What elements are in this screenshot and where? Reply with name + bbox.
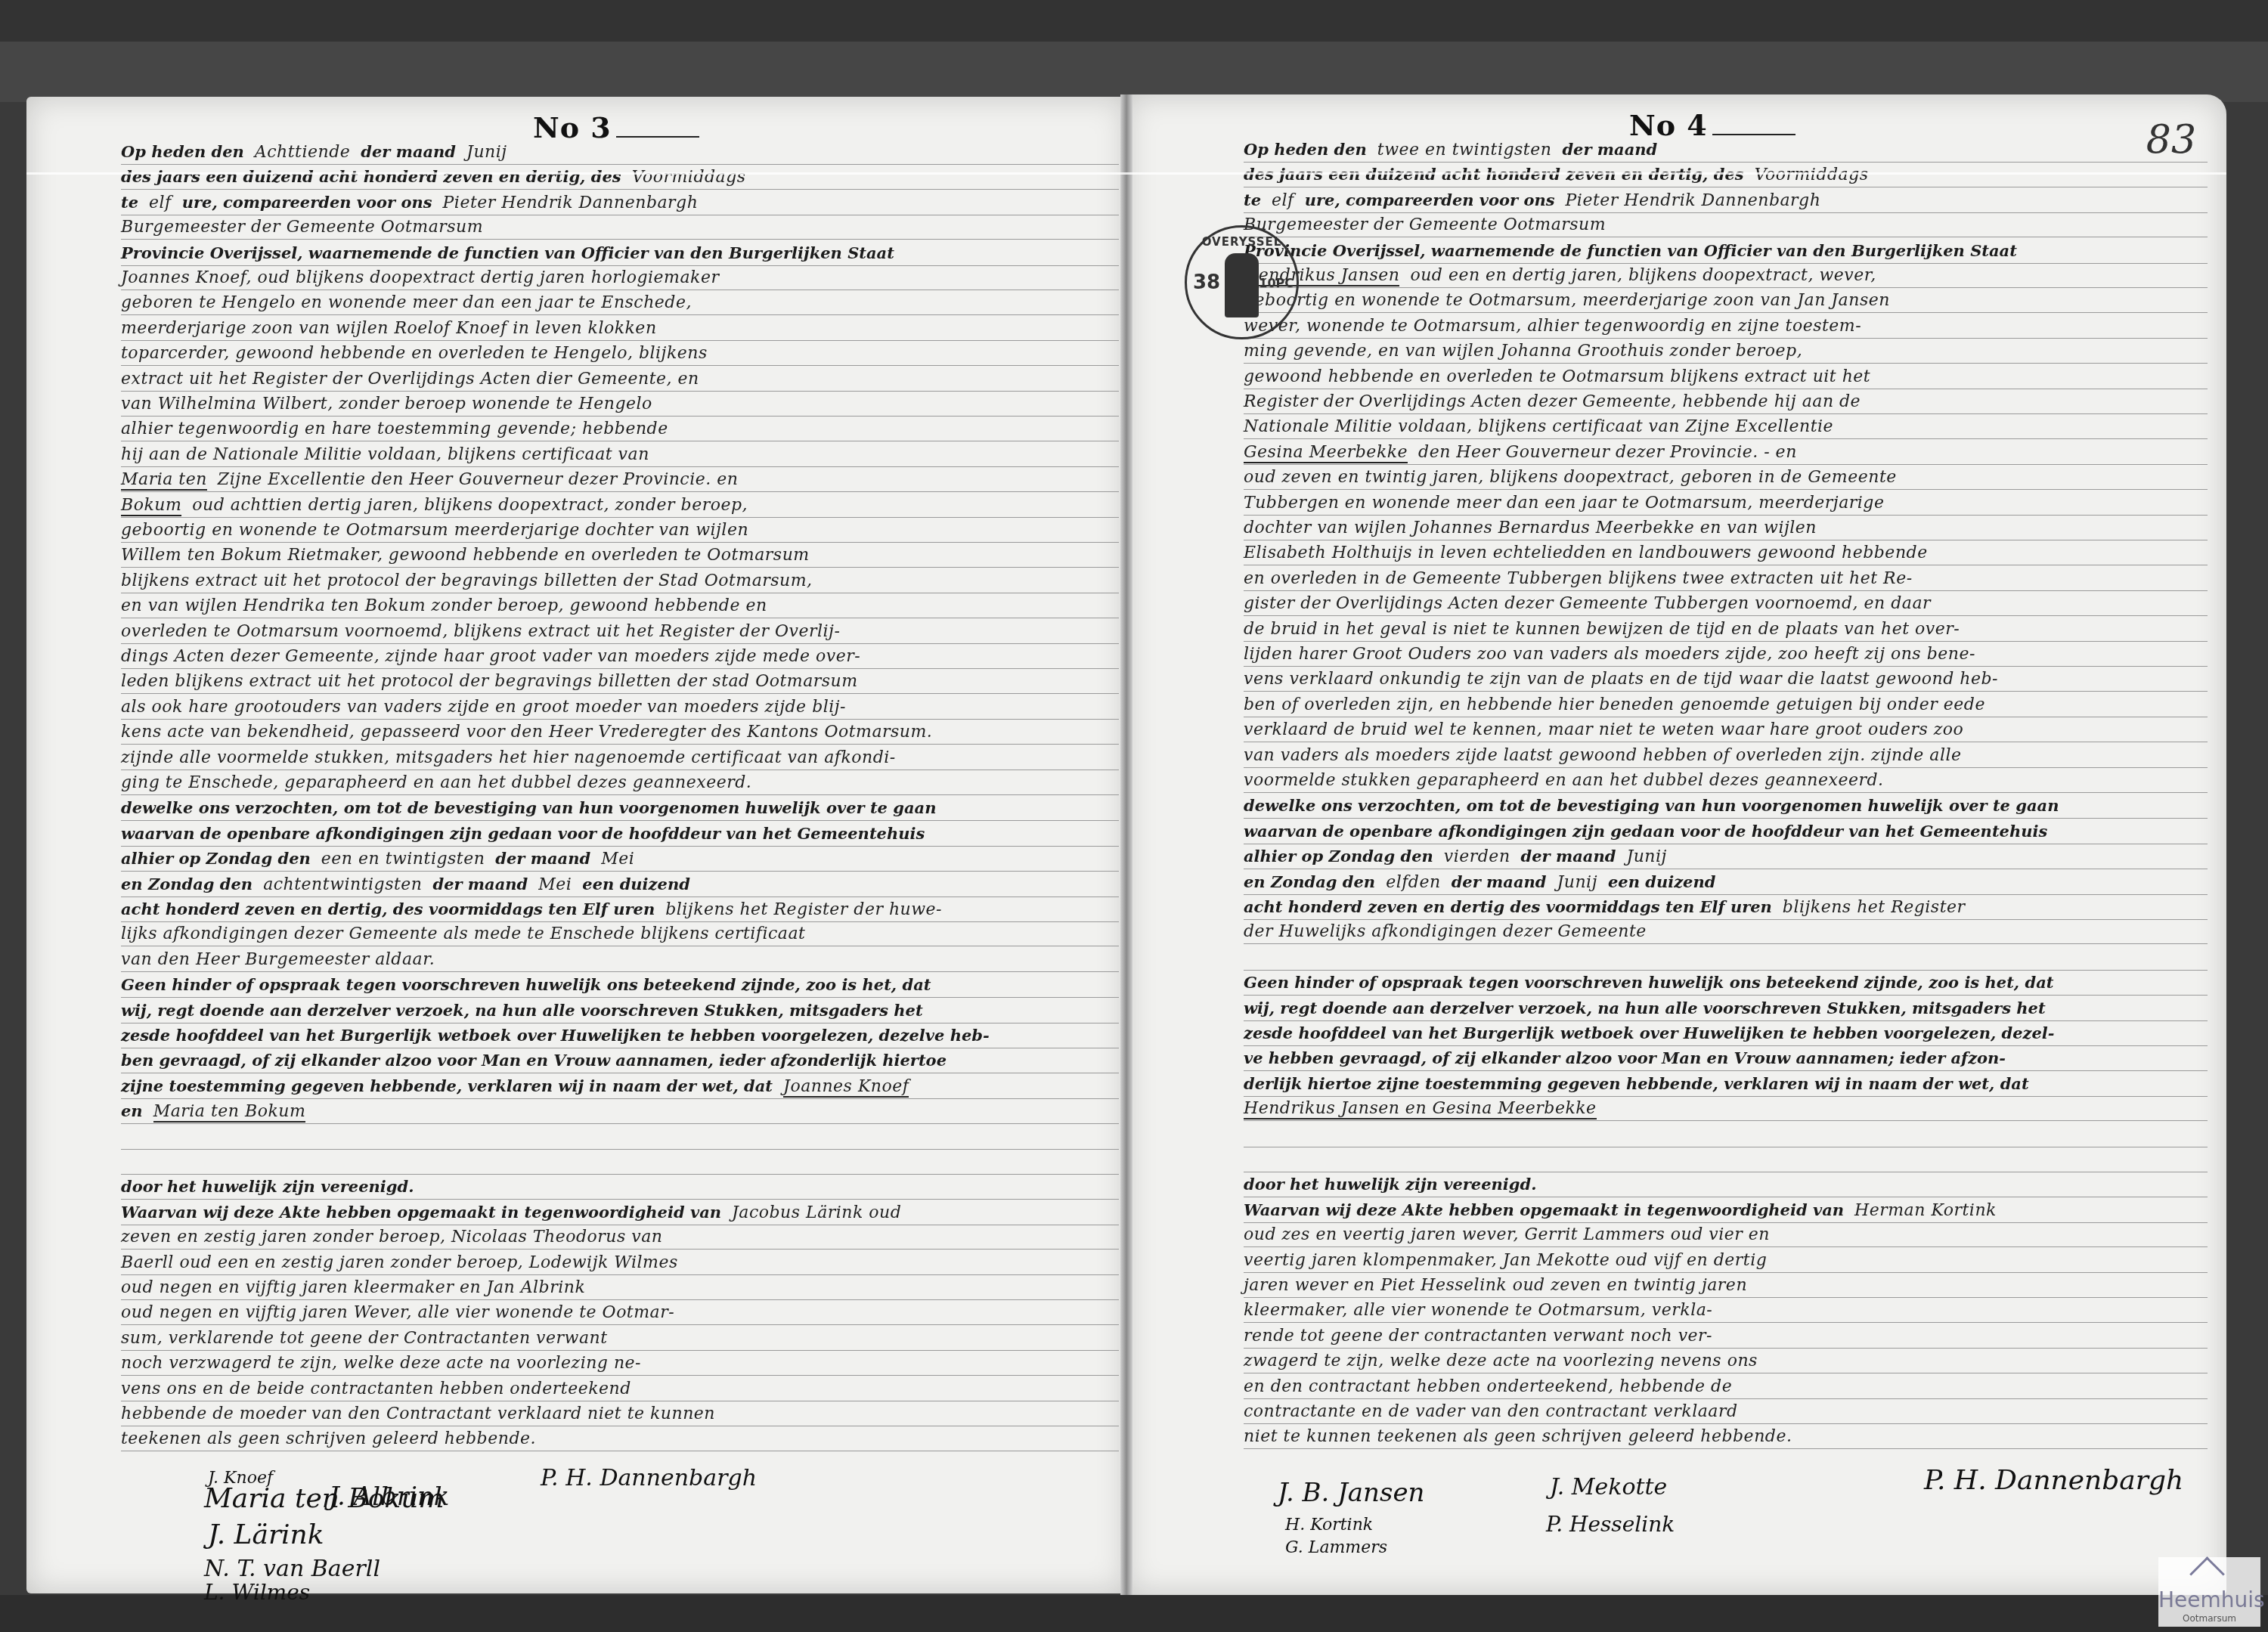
record-line: zesde hoofddeel van het Burgerlijk wetbo… (1244, 1022, 2208, 1046)
record-line (121, 1150, 1119, 1175)
handwritten-text: elf (1272, 191, 1294, 210)
record-line: en overleden in de Gemeente Tubbergen bl… (1244, 568, 2208, 591)
handwritten-text: Jacobus Lärink oud (732, 1203, 901, 1222)
record-line: Maria tenZijne Excellentie den Heer Gouv… (121, 469, 1119, 492)
printed-form-text: Op heden den (1244, 140, 1367, 159)
left-page: No 3Op heden denAchttiendeder maandJunij… (26, 97, 1126, 1593)
handwritten-text: veertig jaren klompenmaker, Jan Mekotte … (1244, 1251, 1767, 1270)
record-line: oud negen en vijftig jaren kleermaker en… (121, 1277, 1119, 1300)
printed-form-text: te (1244, 190, 1261, 209)
handwritten-text: noch verzwagerd te zijn, welke deze acte… (121, 1354, 641, 1373)
record-line: geboortig en wonende te Ootmarsum meerde… (121, 519, 1119, 543)
handwritten-text: oud negen en vijftig jaren Wever, alle v… (121, 1303, 674, 1322)
signature: J. Albrink (329, 1482, 449, 1512)
printed-form-text: alhier op Zondag den (1244, 847, 1433, 866)
handwritten-text: oud zeven en twintig jaren, blijkens doo… (1244, 468, 1897, 487)
handwritten-text: gewoond hebbende en overleden te Ootmars… (1244, 367, 1870, 386)
folio-number: 83 (2146, 117, 2196, 163)
handwritten-text: voormelde stukken geparapheerd en aan he… (1244, 771, 1884, 790)
signature: N. T. van Baerll (204, 1556, 380, 1582)
printed-form-text: Op heden den (121, 142, 244, 161)
scan-background-bottom (0, 1595, 2268, 1632)
handwritten-text: ming gevende, en van wijlen Johanna Groo… (1244, 342, 1802, 361)
record-line: ging te Enschede, geparapheerd en aan he… (121, 772, 1119, 795)
record-line: rende tot geene der contractanten verwan… (1244, 1325, 2208, 1349)
record-line: teelfure, compareerden voor onsPieter He… (1244, 189, 2208, 213)
printed-form-text: wij, regt doende aan derzelver verzoek, … (1244, 999, 2046, 1017)
record-line: zeven en zestig jaren zonder beroep, Nic… (121, 1226, 1119, 1250)
handwritten-text: Mei (601, 850, 634, 869)
crown-icon (1225, 253, 1259, 317)
handwritten-text: alhier tegenwoordig en hare toestemming … (121, 420, 668, 438)
handwritten-text: hij aan de Nationale Militie voldaan, bl… (121, 445, 649, 464)
party-name: Maria ten Bokum (153, 1102, 306, 1123)
record-line: dochter van wijlen Johannes Bernardus Me… (1244, 517, 2208, 540)
record-line: contractante en de vader van den contrac… (1244, 1401, 2208, 1424)
record-line: wij, regt doende aan derzelver verzoek, … (121, 999, 1119, 1023)
signature: J. B. Jansen (1278, 1478, 1424, 1508)
printed-form-text: wij, regt doende aan derzelver verzoek, … (121, 1001, 923, 1020)
handwritten-text: Elisabeth Holthuijs in leven echteliedde… (1244, 543, 1928, 562)
signature: P. H. Dannenbargh (1924, 1465, 2183, 1496)
handwritten-text: den Heer Gouverneur dezer Provincie. - e… (1418, 443, 1797, 462)
record-line: blijkens extract uit het protocol der be… (121, 570, 1119, 593)
handwritten-text: sum, verklarende tot geene der Contracta… (121, 1329, 608, 1348)
printed-form-text: Waarvan wij deze Akte hebben opgemaakt i… (1244, 1200, 1844, 1219)
handwritten-text: een en twintigsten (321, 850, 485, 869)
handwritten-text: kens acte van bekendheid, gepasseerd voo… (121, 723, 932, 742)
record-line: Op heden dentwee en twintigstender maand (1244, 138, 2208, 163)
handwritten-text: kleermaker, alle vier wonende te Ootmars… (1244, 1301, 1712, 1320)
handwritten-text: geboortig en wonende te Ootmarsum meerde… (121, 521, 748, 540)
handwritten-text: elfden (1386, 873, 1440, 892)
signature: G. Lammers (1285, 1538, 1387, 1557)
printed-form-text: waarvan de openbare afkondigingen zijn g… (1244, 822, 2047, 841)
handwritten-text: Willem ten Bokum Rietmaker, gewoond hebb… (121, 546, 810, 565)
record-line: wij, regt doende aan derzelver verzoek, … (1244, 997, 2208, 1021)
handwritten-text: overleden te Ootmarsum voornoemd, blijke… (121, 622, 840, 641)
handwritten-text: zeven en zestig jaren zonder beroep, Nic… (121, 1228, 662, 1246)
handwritten-text: oud negen en vijftig jaren kleermaker en… (121, 1278, 585, 1297)
printed-form-text: zijne toestemming gegeven hebbende, verk… (121, 1076, 773, 1095)
printed-form-text: der maand (495, 849, 590, 868)
party-name: Hendrikus Jansen en Gesina Meerbekke (1244, 1099, 1597, 1119)
handwritten-text: en overleden in de Gemeente Tubbergen bl… (1244, 569, 1913, 588)
handwritten-text: geboortig en wonende te Ootmarsum, meerd… (1244, 291, 1890, 310)
record-line: Gesina Meerbekkeden Heer Gouverneur deze… (1244, 441, 2208, 465)
record-line: zesde hoofddeel van het Burgerlijk wetbo… (121, 1024, 1119, 1048)
record-line: waarvan de openbare afkondigingen zijn g… (121, 822, 1119, 847)
record-line: kleermaker, alle vier wonende te Ootmars… (1244, 1299, 2208, 1323)
handwritten-text: geboren te Hengelo en wonende meer dan e… (121, 293, 692, 312)
handwritten-text: blijkens extract uit het protocol der be… (121, 571, 813, 590)
record-line: veertig jaren klompenmaker, Jan Mekotte … (1244, 1250, 2208, 1273)
record-line: Nationale Militie voldaan, blijkens cert… (1244, 416, 2208, 439)
record-line: niet te kunnen teekenen als geen schrijv… (1244, 1426, 2208, 1449)
record-line: zwagerd te zijn, welke deze acte na voor… (1244, 1350, 2208, 1373)
heemhuis-watermark: Heemhuis Ootmarsum (2158, 1557, 2260, 1627)
handwritten-text: Herman Kortink (1854, 1201, 1997, 1220)
handwritten-text: Burgemeester der Gemeente Ootmarsum (121, 218, 483, 237)
record-line: sum, verklarende tot geene der Contracta… (121, 1327, 1119, 1351)
record-line: oud zeven en twintig jaren, blijkens doo… (1244, 466, 2208, 490)
record-line: Burgemeester der Gemeente Ootmarsum (121, 216, 1119, 240)
stamp-value: 38 (1193, 271, 1220, 294)
signature: J. Mekotte (1550, 1474, 1667, 1500)
handwritten-text: leden blijkens extract uit het protocol … (121, 672, 858, 691)
handwritten-text: blijkens het Register (1783, 898, 1966, 917)
handwritten-text: van vaders als moeders zijde laatst gewo… (1244, 746, 1962, 765)
handwritten-text: dochter van wijlen Johannes Bernardus Me… (1244, 519, 1817, 537)
record-line: jaren wever en Piet Hesselink oud zeven … (1244, 1274, 2208, 1298)
printed-form-text: Provincie Overijssel, waarnemende de fun… (121, 243, 894, 262)
handwritten-text: van Wilhelmina Wilbert, zonder beroep wo… (121, 395, 652, 413)
handwritten-text: Tubbergen en wonende meer dan een jaar t… (1244, 494, 1884, 513)
record-line: kens acte van bekendheid, gepasseerd voo… (121, 721, 1119, 745)
record-line: hij aan de Nationale Militie voldaan, bl… (121, 444, 1119, 467)
printed-form-text: acht honderd zeven en dertig, des voormi… (121, 900, 655, 918)
handwritten-text: extract uit het Register der Overlijding… (121, 370, 699, 389)
handwritten-text: oud achttien dertig jaren, blijkens doop… (192, 496, 748, 515)
handwritten-text: Joannes Knoef, oud blijkens doopextract … (121, 268, 719, 287)
record-line: enMaria ten Bokum (121, 1100, 1119, 1124)
record-line: Geen hinder of opspraak tegen voorschrev… (121, 974, 1119, 998)
record-line: door het huwelijk zijn vereenigd. (1244, 1173, 2208, 1197)
party-name: Bokum (121, 496, 181, 516)
record-line: Provincie Overijssel, waarnemende de fun… (121, 242, 1119, 266)
handwritten-text: vens verklaard onkundig te zijn van de p… (1244, 670, 1998, 689)
record-line: acht honderd zeven en dertig, des voormi… (121, 898, 1119, 922)
record-line: Hendrikus Jansenoud een en dertig jaren,… (1244, 265, 2208, 288)
record-line: Burgemeester der Gemeente Ootmarsum (1244, 214, 2208, 237)
handwritten-text: verklaard de bruid wel te kennen, maar n… (1244, 720, 1963, 739)
printed-form-text: der maand (1452, 872, 1547, 891)
printed-form-text: alhier op Zondag den (121, 849, 311, 868)
signature: P. Hesselink (1546, 1512, 1675, 1537)
marriage-act-4: No 4Op heden dentwee en twintigstender m… (1126, 94, 2226, 1595)
record-line: alhier op Zondag deneen en twintigstende… (121, 847, 1119, 872)
record-line: Waarvan wij deze Akte hebben opgemaakt i… (1244, 1199, 2208, 1223)
handwritten-text: als ook hare grootouders van vaders zijd… (121, 698, 846, 717)
handwritten-text: toparcerder, gewoond hebbende en overled… (121, 344, 708, 363)
handwritten-text: Zijne Excellentie den Heer Gouverneur de… (218, 470, 739, 489)
record-line: en den contractant hebben onderteekend, … (1244, 1376, 2208, 1399)
printed-form-text: der maand (432, 875, 528, 893)
handwritten-text: niet te kunnen teekenen als geen schrijv… (1244, 1427, 1792, 1446)
party-name: Maria ten (121, 470, 207, 491)
printed-form-text: Provincie Overijssel, waarnemende de fun… (1244, 241, 2017, 260)
stamp-currency: 10PC (1259, 276, 1294, 290)
printed-form-text: een duizend (1608, 872, 1715, 891)
party-name: Gesina Meerbekke (1244, 443, 1408, 463)
record-line: gister der Overlijdings Acten dezer Geme… (1244, 593, 2208, 616)
printed-form-text: door het huwelijk zijn vereenigd. (121, 1177, 414, 1196)
handwritten-text: der Huwelijks afkondigingen dezer Gemeen… (1244, 922, 1647, 941)
record-line: der Huwelijks afkondigingen dezer Gemeen… (1244, 921, 2208, 944)
printed-form-text: een duizend (582, 875, 689, 893)
printed-form-text: dewelke ons verzochten, om tot de bevest… (1244, 796, 2059, 815)
handwritten-text: vens ons en de beide contractanten hebbe… (121, 1380, 631, 1398)
printed-form-text: ve hebben gevraagd, of zij elkander alzo… (1244, 1048, 2006, 1067)
handwritten-text: lijden harer Groot Ouders zoo van vaders… (1244, 645, 1975, 664)
party-name: Joannes Knoef (783, 1077, 909, 1098)
record-line: geboortig en wonende te Ootmarsum, meerd… (1244, 290, 2208, 313)
record-line: gewoond hebbende en overleden te Ootmars… (1244, 366, 2208, 389)
record-line: geboren te Hengelo en wonende meer dan e… (121, 292, 1119, 315)
record-line: door het huwelijk zijn vereenigd. (121, 1175, 1119, 1200)
record-line: hebbende de moeder van den Contractant v… (121, 1403, 1119, 1426)
book-cover-edge (0, 42, 2268, 102)
printed-form-text: zesde hoofddeel van het Burgerlijk wetbo… (1244, 1023, 2055, 1042)
record-line: Elisabeth Holthuijs in leven echteliedde… (1244, 542, 2208, 565)
record-line: en Zondag denachtentwintigstender maandM… (121, 873, 1119, 897)
handwritten-text: ging te Enschede, geparapheerd en aan he… (121, 773, 751, 792)
printed-form-text: der maand (1562, 140, 1657, 159)
handwritten-text: gister der Overlijdings Acten dezer Geme… (1244, 594, 1931, 613)
record-line: alhier op Zondag denvierdender maandJuni… (1244, 845, 2208, 869)
record-line: zijne toestemming gegeven hebbende, verk… (121, 1075, 1119, 1099)
printed-form-text: en (121, 1101, 143, 1120)
handwritten-text: rende tot geene der contractanten verwan… (1244, 1327, 1712, 1346)
record-line: dewelke ons verzochten, om tot de bevest… (1244, 794, 2208, 819)
printed-form-text: der maand (1521, 847, 1616, 866)
record-line: als ook hare grootouders van vaders zijd… (121, 696, 1119, 720)
handwritten-text: meerderjarige zoon van wijlen Roelof Kno… (121, 319, 657, 338)
handwritten-text: van den Heer Burgemeester aldaar. (121, 950, 435, 969)
act-number: No 3 (533, 110, 699, 144)
watermark-subtitle: Ootmarsum (2158, 1613, 2260, 1624)
record-line: lijks afkondigingen dezer Gemeente als m… (121, 923, 1119, 946)
record-line: des jaars een duizend acht honderd zeven… (1244, 163, 2208, 187)
right-page: No 4Op heden dentwee en twintigstender m… (1126, 94, 2226, 1595)
printed-form-text: en Zondag den (121, 875, 253, 893)
handwritten-text: achtentwintigsten (263, 875, 422, 894)
handwritten-text: twee en twintigsten (1377, 141, 1552, 159)
handwritten-text: teekenen als geen schrijven geleerd hebb… (121, 1429, 536, 1448)
record-line: acht honderd zeven en dertig des voormid… (1244, 896, 2208, 920)
printed-form-text: en Zondag den (1244, 872, 1375, 891)
record-line: van den Heer Burgemeester aldaar. (121, 949, 1119, 972)
record-line: dings Acten dezer Gemeente, zijnde haar … (121, 646, 1119, 669)
record-line: en van wijlen Hendrika ten Bokum zonder … (121, 595, 1119, 618)
record-line: zijnde alle voormelde stukken, mitsgader… (121, 747, 1119, 770)
record-line: Provincie Overijssel, waarnemende de fun… (1244, 240, 2208, 264)
record-line: de bruid in het geval is niet te kunnen … (1244, 618, 2208, 642)
record-line: derlijk hiertoe zijne toestemming gegeve… (1244, 1073, 2208, 1097)
book-gutter (1120, 94, 1132, 1595)
record-line: van vaders als moeders zijde laatst gewo… (1244, 745, 2208, 768)
handwritten-text: oud een en dertig jaren, blijkens doopex… (1410, 266, 1876, 285)
handwritten-text: ben of overleden zijn, en hebbende hier … (1244, 695, 1985, 714)
record-line: wever, wonende te Ootmarsum, alhier tege… (1244, 315, 2208, 339)
record-line: overleden te Ootmarsum voornoemd, blijke… (121, 621, 1119, 644)
handwritten-text: Baerll oud een en zestig jaren zonder be… (121, 1253, 678, 1272)
printed-form-text: te (121, 193, 138, 212)
record-line: verklaard de bruid wel te kennen, maar n… (1244, 719, 2208, 742)
handwritten-text: dings Acten dezer Gemeente, zijnde haar … (121, 647, 860, 666)
record-line: Register der Overlijdings Acten dezer Ge… (1244, 391, 2208, 414)
house-roof-icon (2189, 1556, 2225, 1592)
printed-form-text: ure, compareerden voor ons (182, 193, 432, 212)
record-line: meerderjarige zoon van wijlen Roelof Kno… (121, 317, 1119, 341)
record-line: lijden harer Groot Ouders zoo van vaders… (1244, 643, 2208, 667)
record-line: Op heden denAchttiendeder maandJunij (121, 141, 1119, 165)
handwritten-text: Register der Overlijdings Acten dezer Ge… (1244, 392, 1861, 411)
record-line: ben gevraagd, of zij elkander alzoo voor… (121, 1049, 1119, 1073)
record-line: en Zondag denelfdender maandJunijeen dui… (1244, 871, 2208, 895)
record-line: vens verklaard onkundig te zijn van de p… (1244, 668, 2208, 692)
record-line (1244, 1123, 2208, 1147)
handwritten-text: elf (149, 194, 172, 212)
record-line: Waarvan wij deze Akte hebben opgemaakt i… (121, 1201, 1119, 1225)
record-line: teelfure, compareerden voor onsPieter He… (121, 191, 1119, 215)
handwritten-text: Mei (538, 875, 572, 894)
record-line: Bokumoud achttien dertig jaren, blijkens… (121, 494, 1119, 518)
record-line: Willem ten Bokum Rietmaker, gewoond hebb… (121, 544, 1119, 568)
printed-form-text: door het huwelijk zijn vereenigd. (1244, 1175, 1536, 1194)
handwritten-text: Junij (1557, 873, 1597, 892)
record-line: des jaars een duizend acht honderd zeven… (121, 166, 1119, 190)
record-line: toparcerder, gewoond hebbende en overled… (121, 342, 1119, 366)
record-line: noch verzwagerd te zijn, welke deze acte… (121, 1352, 1119, 1376)
printed-form-text: waarvan de openbare afkondigingen zijn g… (121, 824, 925, 843)
record-line: oud negen en vijftig jaren Wever, alle v… (121, 1302, 1119, 1325)
record-line: ming gevende, en van wijlen Johanna Groo… (1244, 340, 2208, 364)
overijssel-tax-stamp: OVERYSSEL 38 10PC (1185, 225, 1299, 339)
handwritten-text: de bruid in het geval is niet te kunnen … (1244, 620, 1960, 639)
handwritten-text: Voormiddags (632, 168, 746, 187)
record-line: ben of overleden zijn, en hebbende hier … (1244, 694, 2208, 717)
record-line: dewelke ons verzochten, om tot de bevest… (121, 797, 1119, 821)
handwritten-text: wever, wonende te Ootmarsum, alhier tege… (1244, 317, 1861, 336)
record-line: alhier tegenwoordig en hare toestemming … (121, 418, 1119, 441)
printed-form-text: ure, compareerden voor ons (1305, 190, 1555, 209)
handwritten-text: en van wijlen Hendrika ten Bokum zonder … (121, 596, 767, 615)
record-line: van Wilhelmina Wilbert, zonder beroep wo… (121, 393, 1119, 417)
printed-form-text: ben gevraagd, of zij elkander alzoo voor… (121, 1051, 947, 1070)
handwritten-text: Junij (466, 143, 507, 162)
handwritten-text: hebbende de moeder van den Contractant v… (121, 1404, 715, 1423)
handwritten-text: Burgemeester der Gemeente Ootmarsum (1244, 215, 1606, 234)
printed-form-text: der maand (361, 142, 456, 161)
handwritten-text: Voormiddags (1755, 166, 1869, 184)
record-line: Hendrikus Jansen en Gesina Meerbekke (1244, 1098, 2208, 1121)
scan-artifact-line (26, 172, 2226, 175)
record-line (1244, 946, 2208, 971)
record-line: leden blijkens extract uit het protocol … (121, 670, 1119, 694)
record-line: Geen hinder of opspraak tegen voorschrev… (1244, 971, 2208, 996)
handwritten-text: en den contractant hebben onderteekend, … (1244, 1377, 1732, 1396)
printed-form-text: Geen hinder of opspraak tegen voorschrev… (1244, 973, 2053, 992)
record-line: oud zes en veertig jaren wever, Gerrit L… (1244, 1224, 2208, 1247)
signature: L. Wilmes (204, 1580, 310, 1605)
printed-form-text: acht honderd zeven en dertig des voormid… (1244, 897, 1772, 916)
record-line: Baerll oud een en zestig jaren zonder be… (121, 1252, 1119, 1275)
signature: P. H. Dannenbargh (541, 1465, 757, 1491)
record-line: vens ons en de beide contractanten hebbe… (121, 1378, 1119, 1401)
printed-form-text: Geen hinder of opspraak tegen voorschrev… (121, 975, 931, 994)
handwritten-text: Nationale Militie voldaan, blijkens cert… (1244, 417, 1833, 436)
printed-form-text: Waarvan wij deze Akte hebben opgemaakt i… (121, 1203, 721, 1222)
scan-background-top (0, 0, 2268, 42)
record-line: voormelde stukken geparapheerd en aan he… (1244, 770, 2208, 793)
handwritten-text: zijnde alle voormelde stukken, mitsgader… (121, 748, 896, 767)
handwritten-text: zwagerd te zijn, welke deze acte na voor… (1244, 1352, 1758, 1370)
printed-form-text: derlijk hiertoe zijne toestemming gegeve… (1244, 1074, 2029, 1093)
record-line: teekenen als geen schrijven geleerd hebb… (121, 1428, 1119, 1451)
handwritten-text: vierden (1444, 847, 1510, 866)
handwritten-text: Achttiende (255, 143, 350, 162)
printed-form-text: zesde hoofddeel van het Burgerlijk wetbo… (121, 1026, 990, 1045)
printed-form-text: des jaars een duizend acht honderd zeven… (121, 167, 621, 186)
signature: J. Lärink (208, 1519, 324, 1550)
record-line: Tubbergen en wonende meer dan een jaar t… (1244, 492, 2208, 516)
handwritten-text: oud zes en veertig jaren wever, Gerrit L… (1244, 1225, 1770, 1244)
handwritten-text: contractante en de vader van den contrac… (1244, 1402, 1738, 1421)
handwritten-text: blijkens het Register der huwe- (665, 900, 942, 919)
handwritten-text: lijks afkondigingen dezer Gemeente als m… (121, 924, 805, 943)
record-line: Joannes Knoef, oud blijkens doopextract … (121, 267, 1119, 290)
printed-form-text: dewelke ons verzochten, om tot de bevest… (121, 798, 936, 817)
record-line: waarvan de openbare afkondigingen zijn g… (1244, 820, 2208, 844)
record-line (121, 1126, 1119, 1150)
act-number: No 4 (1629, 108, 1795, 142)
watermark-name: Heemhuis (2158, 1587, 2260, 1612)
handwritten-text: Pieter Hendrik Dannenbargh (443, 194, 699, 212)
handwritten-text: Junij (1626, 847, 1667, 866)
record-line: extract uit het Register der Overlijding… (121, 368, 1119, 392)
marriage-act-3: No 3Op heden denAchttiendeder maandJunij… (26, 97, 1126, 1593)
record-line: ve hebben gevraagd, of zij elkander alzo… (1244, 1047, 2208, 1071)
handwritten-text: Pieter Hendrik Dannenbargh (1566, 191, 1821, 210)
signature: H. Kortink (1285, 1516, 1373, 1534)
stamp-province-text: OVERYSSEL (1187, 235, 1297, 249)
record-line (1244, 1148, 2208, 1172)
handwritten-text: jaren wever en Piet Hesselink oud zeven … (1244, 1276, 1747, 1295)
